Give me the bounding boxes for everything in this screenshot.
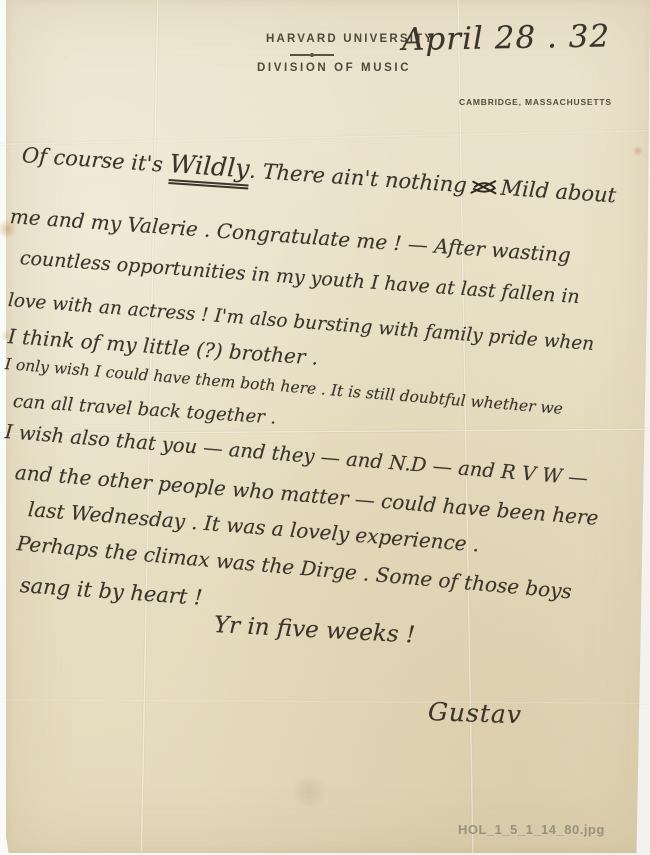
line1-pre: Of course it's xyxy=(21,143,170,177)
handwritten-date: April 28 . 32 xyxy=(402,18,611,58)
letterhead-department: DIVISION OF MUSIC xyxy=(257,62,411,74)
line1-post: Mild about xyxy=(500,176,617,208)
line1-underlined-word: Wildly xyxy=(168,149,250,189)
scanned-letter: HARVARD UNIVERSITY DIVISION OF MUSIC CAM… xyxy=(0,0,650,855)
letterhead-ornament-rule xyxy=(290,54,334,56)
letterhead-location: CAMBRIDGE, MASSACHUSETTS xyxy=(459,97,612,107)
ink-scribble-crossout-icon xyxy=(468,176,500,203)
archive-filename-watermark: HOL_1_5_1_14_80.jpg xyxy=(458,822,605,837)
paper-sheet xyxy=(6,0,650,853)
letter-signature: Gustav xyxy=(427,697,522,729)
